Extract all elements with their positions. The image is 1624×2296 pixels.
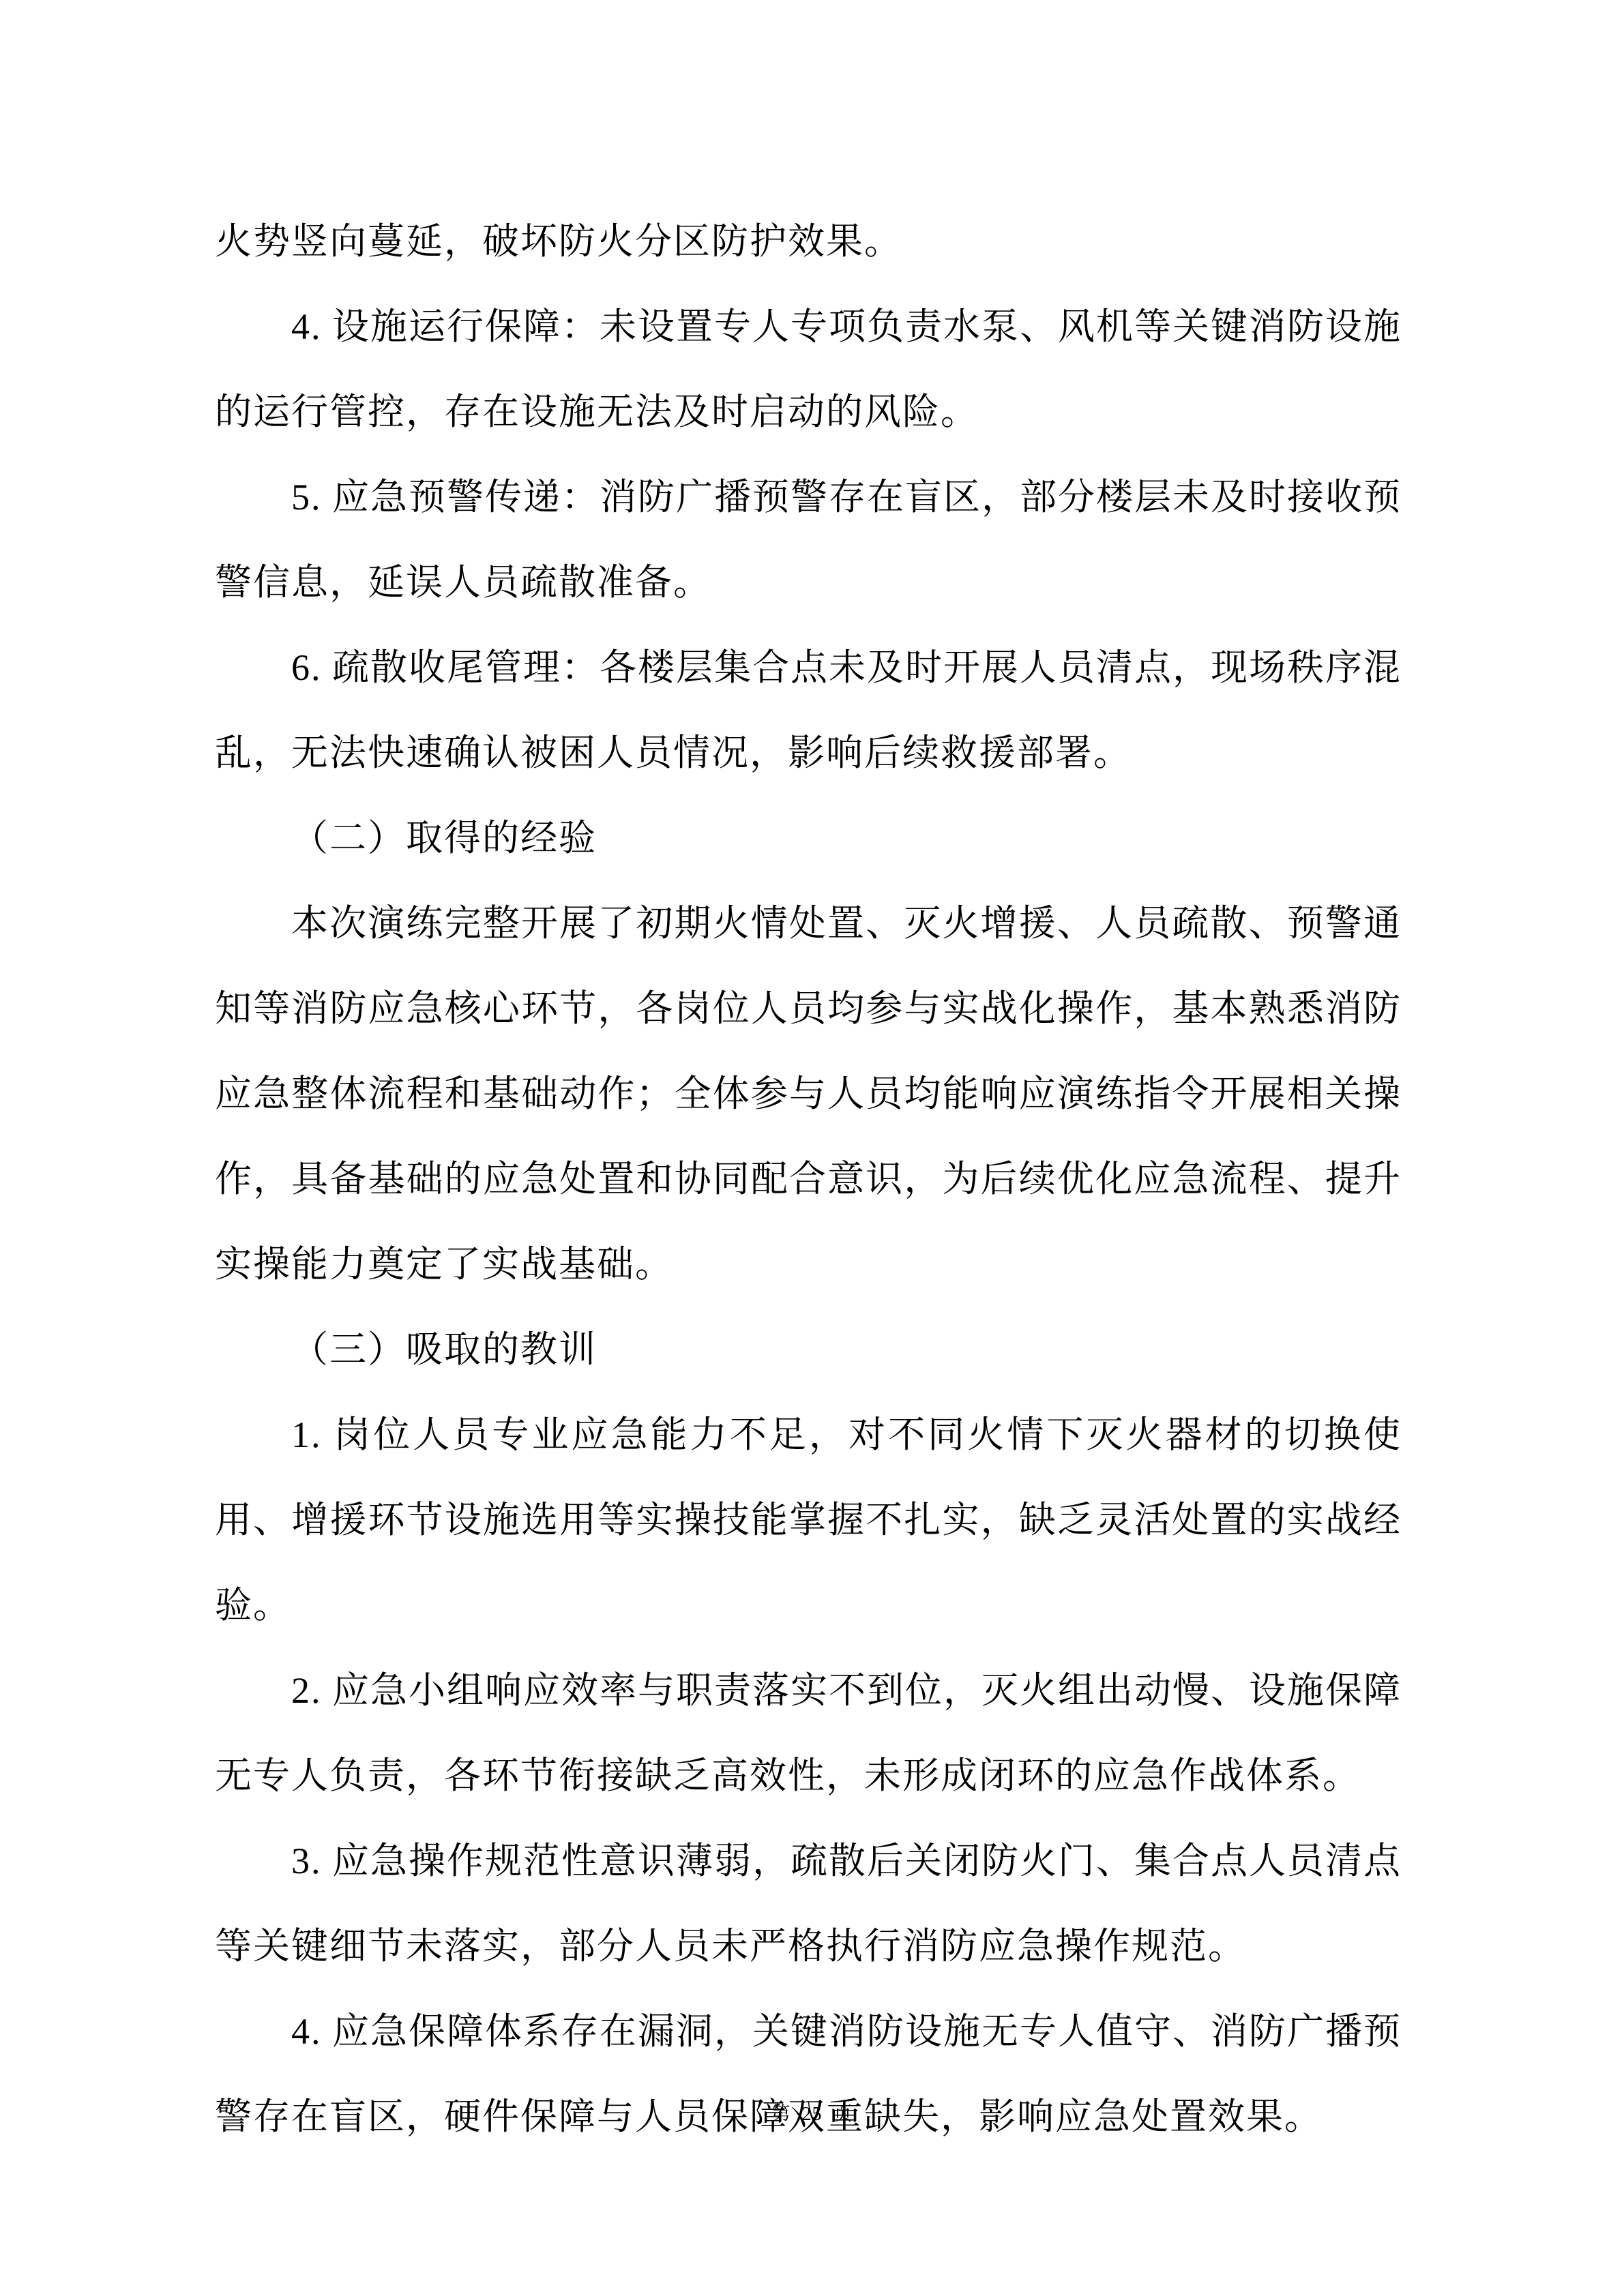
document-page: { "document": { "background_color": "#ff…: [0, 0, 1624, 2296]
lesson-item-2-team-response: 2. 应急小组响应效率与职责落实不到位，灭火组出动慢、设施保障无专人负责，各环节…: [215, 1648, 1402, 1819]
page-number-footer: 第 25 页: [0, 2099, 1624, 2126]
lesson-item-4-support-system: 4. 应急保障体系存在漏洞，关键消防设施无专人值守、消防广播预警存在盲区，硬件保…: [215, 1989, 1402, 2160]
list-item-4-facility-operation: 4. 设施运行保障：未设置专人专项负责水泵、风机等关键消防设施的运行管控，存在设…: [215, 284, 1402, 455]
lesson-item-3-operation-standards: 3. 应急操作规范性意识薄弱，疏散后关闭防火门、集合点人员清点等关键细节未落实，…: [215, 1819, 1402, 1989]
paragraph-experience-summary: 本次演练完整开展了初期火情处置、灭火增援、人员疏散、预警通知等消防应急核心环节，…: [215, 881, 1402, 1307]
list-item-6-evacuation-closeout: 6. 疏散收尾管理：各楼层集合点未及时开展人员清点，现场秩序混乱，无法快速确认被…: [215, 625, 1402, 796]
list-item-5-warning-delivery: 5. 应急预警传递：消防广播预警存在盲区，部分楼层未及时接收预警信息，延误人员疏…: [215, 455, 1402, 625]
lesson-item-1-personnel-skills: 1. 岗位人员专业应急能力不足，对不同火情下灭火器材的切换使用、增援环节设施选用…: [215, 1392, 1402, 1648]
document-body: 火势竖向蔓延，破坏防火分区防护效果。 4. 设施运行保障：未设置专人专项负责水泵…: [215, 199, 1402, 2160]
paragraph-continuation: 火势竖向蔓延，破坏防火分区防护效果。: [215, 199, 1402, 284]
section-heading-lessons-learned: （三）吸取的教训: [215, 1307, 1402, 1392]
section-heading-experience-gained: （二）取得的经验: [215, 796, 1402, 881]
